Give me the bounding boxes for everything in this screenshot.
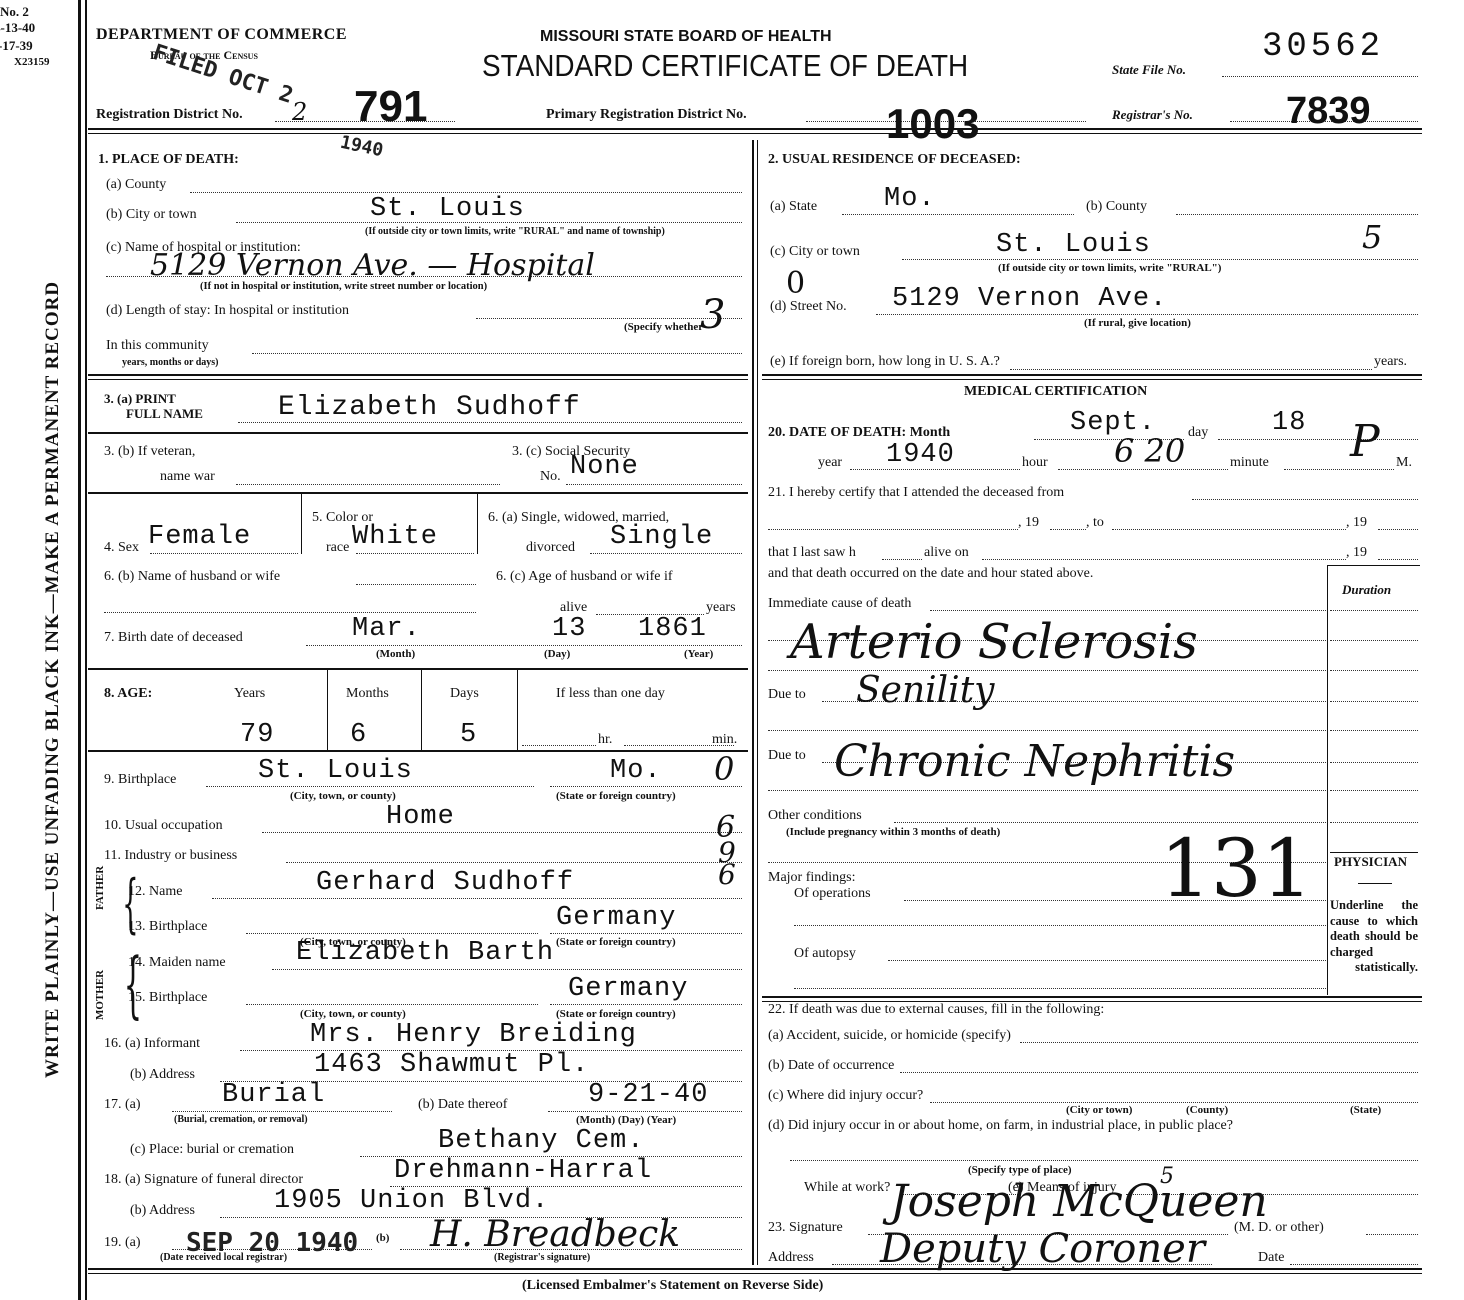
- external-c-label: (c) Where did injury occur?: [768, 1088, 923, 1104]
- birthplace-city-hint: (City, town, or county): [290, 790, 396, 802]
- medical-heading: MEDICAL CERTIFICATION: [964, 384, 1147, 400]
- place-of-death-heading: 1. PLACE OF DEATH:: [98, 152, 239, 168]
- death-date-label: 20. DATE OF DEATH: Month: [768, 425, 950, 441]
- address-label: Address: [768, 1250, 814, 1266]
- pod-stay-field[interactable]: [476, 318, 742, 319]
- pod-community-hint: years, months or days): [122, 357, 218, 368]
- burial-label: 17. (a): [104, 1097, 141, 1113]
- industry-label: 11. Industry or business: [104, 848, 237, 864]
- last-saw-field[interactable]: [982, 559, 1346, 560]
- color-field[interactable]: [356, 553, 474, 554]
- father-name-value: Gerhard Sudhoff: [316, 868, 574, 898]
- res-foreign-suffix: years.: [1374, 354, 1407, 370]
- res-street-field[interactable]: [876, 314, 1418, 315]
- mother-name-field[interactable]: [272, 969, 742, 970]
- external-d-field[interactable]: [790, 1160, 1418, 1161]
- father-name-label: 12. Name: [128, 884, 182, 900]
- death-ampm-value: P: [1350, 416, 1380, 467]
- pod-city-hint: (If outside city or town limits, write "…: [365, 226, 665, 237]
- birth-month-value: Mar.: [352, 614, 421, 644]
- filed-label: 19. (a): [104, 1235, 141, 1251]
- color-label-2: race: [326, 540, 349, 556]
- autopsy-field[interactable]: [888, 960, 1326, 961]
- mother-name-label: 14. Maiden name: [128, 955, 226, 971]
- header-rule: [88, 128, 1422, 134]
- pod-margin-code: 3: [700, 292, 725, 338]
- registrar-number: 7839: [1286, 90, 1371, 133]
- burial-place-value: Bethany Cem.: [438, 1126, 644, 1156]
- signature-label: 23. Signature: [768, 1220, 843, 1236]
- res-street-value: 5129 Vernon Ave.: [892, 284, 1167, 314]
- marital-field[interactable]: [590, 553, 742, 554]
- margin-rule-inner: [85, 0, 87, 1300]
- death-day-value: 18: [1272, 408, 1306, 438]
- external-d-label: (d) Did injury occur in or about home, o…: [768, 1118, 1233, 1134]
- birth-year-value: 1861: [638, 614, 707, 644]
- pod-hospital-value: 5129 Vernon Ave. — Hospital: [150, 248, 595, 283]
- death-day-field[interactable]: [1218, 439, 1418, 440]
- occupation-label: 10. Usual occupation: [104, 818, 223, 834]
- burial-place-label: (c) Place: burial or cremation: [130, 1142, 294, 1158]
- while-at-work-label: While at work?: [804, 1180, 890, 1196]
- residence-heading: 2. USUAL RESIDENCE OF DECEASED:: [768, 152, 1021, 168]
- due-to-1-label: Due to: [768, 687, 806, 703]
- res-county-field[interactable]: [1176, 214, 1418, 215]
- operations-label: Of operations: [794, 886, 871, 902]
- death-day-label: day: [1188, 425, 1208, 441]
- certify-19b: , 19: [1346, 515, 1367, 531]
- certify-line-1: 21. I hereby certify that I attended the…: [768, 485, 1064, 501]
- footer-note: (Licensed Embalmer's Statement on Revers…: [522, 1278, 823, 1294]
- birthplace-state-value: Mo.: [610, 756, 662, 786]
- death-year-value: 1940: [886, 440, 955, 470]
- place-type-hint: (Specify type of place): [968, 1164, 1072, 1176]
- duration-label: Duration: [1342, 582, 1391, 598]
- mother-city-hint: (City, town, or county): [300, 1008, 406, 1020]
- reg-district-number: 791: [354, 82, 427, 132]
- marital-value: Single: [610, 522, 713, 552]
- father-name-field[interactable]: [212, 898, 742, 899]
- pod-hospital-hint: (If not in hospital or institution, writ…: [200, 281, 487, 292]
- margin-code: X23159: [14, 56, 49, 68]
- ssn-field[interactable]: [566, 484, 742, 485]
- cause-code: 131: [1160, 822, 1313, 915]
- funeral-address-value: 1905 Union Blvd.: [274, 1186, 549, 1216]
- res-foreign-field[interactable]: [1010, 369, 1372, 370]
- color-value: White: [352, 522, 438, 552]
- filed-date-hint: (Date received local registrar): [160, 1252, 287, 1263]
- external-heading: 22. If death was due to external causes,…: [768, 1002, 1104, 1018]
- death-minute-label: minute: [1230, 455, 1269, 471]
- ssn-value: None: [570, 452, 639, 482]
- age-min-label: min.: [712, 732, 737, 748]
- res-city-field[interactable]: [902, 259, 1418, 260]
- pod-city-value: St. Louis: [370, 194, 525, 224]
- age-label: 8. AGE:: [104, 686, 152, 702]
- name-label-1: 3. (a) PRINT: [104, 392, 176, 405]
- death-hour-value: 6 20: [1114, 432, 1185, 470]
- veteran-label-2: name war: [160, 469, 215, 485]
- state-file-label: State File No.: [1112, 62, 1186, 78]
- due-to-1-value: Senility: [856, 670, 995, 711]
- date-signed-field[interactable]: [1290, 1264, 1418, 1265]
- birthplace-state-hint: (State or foreign country): [556, 790, 676, 802]
- burial-date-value: 9-21-40: [588, 1080, 708, 1110]
- burial-type-field[interactable]: [172, 1111, 392, 1112]
- date-signed-label: Date: [1258, 1250, 1284, 1266]
- res-state-label: (a) State: [770, 199, 817, 215]
- death-ampm-field[interactable]: [1284, 469, 1394, 470]
- immediate-cause-field[interactable]: [930, 610, 1326, 611]
- physician-note: Underline the cause to which death shoul…: [1330, 898, 1418, 976]
- burial-date-label: (b) Date thereof: [418, 1097, 507, 1113]
- spouse-field[interactable]: [356, 584, 476, 585]
- column-divider: [752, 140, 754, 1265]
- due-to-2-label: Due to: [768, 748, 806, 764]
- external-c-field[interactable]: [930, 1102, 1418, 1103]
- external-c-hint-state: (State): [1350, 1104, 1381, 1116]
- external-c-hint-county: (County): [1186, 1104, 1228, 1116]
- funeral-address-label: (b) Address: [130, 1203, 195, 1219]
- name-label-2: FULL NAME: [126, 407, 203, 420]
- pod-county-field[interactable]: [190, 192, 742, 193]
- mother-birthplace-value: Germany: [568, 974, 688, 1004]
- form-number: No. 2: [0, 4, 29, 20]
- age-years-value: 79: [240, 720, 274, 750]
- alive-on-label: alive on: [924, 545, 969, 561]
- attended-to-field[interactable]: [1112, 529, 1346, 530]
- external-a-label: (a) Accident, suicide, or homicide (spec…: [768, 1028, 1011, 1044]
- age-hr-label: hr.: [598, 732, 612, 748]
- ssn-label-2: No.: [540, 469, 561, 485]
- birth-day-hint: (Day): [544, 648, 570, 660]
- pod-stay-hint: (Specify whether: [624, 321, 703, 333]
- occupation-value: Home: [386, 802, 455, 832]
- address-value: Deputy Coroner: [880, 1226, 1205, 1272]
- res-code-0: 0: [786, 266, 805, 301]
- reg-district-prefix: 2: [292, 98, 307, 126]
- autopsy-label: Of autopsy: [794, 946, 856, 962]
- father-code: 6: [718, 858, 736, 891]
- external-b-label: (b) Date of occurrence: [768, 1058, 894, 1074]
- certify-19a: , 19: [1018, 515, 1039, 531]
- immediate-cause-label: Immediate cause of death: [768, 596, 911, 612]
- certificate-title: STANDARD CERTIFICATE OF DEATH: [482, 48, 968, 84]
- external-b-field[interactable]: [900, 1072, 1418, 1073]
- attended-from-field[interactable]: [1192, 499, 1418, 500]
- birth-date-field[interactable]: [306, 645, 742, 646]
- res-street-hint: (If rural, give location): [1084, 317, 1191, 329]
- burial-date-hint: (Month) (Day) (Year): [576, 1114, 676, 1126]
- physician-heading: PHYSICIAN: [1334, 854, 1407, 870]
- mother-state-hint: (State or foreign country): [556, 1008, 676, 1020]
- margin-date-1: 4-13-40: [0, 20, 35, 36]
- res-state-field[interactable]: [842, 214, 1074, 215]
- mother-birthplace-label: 15. Birthplace: [128, 990, 207, 1006]
- age-years-label: Years: [234, 686, 265, 702]
- informant-address-label: (b) Address: [130, 1067, 195, 1083]
- birth-month-hint: (Month): [376, 648, 415, 660]
- death-m-label: M.: [1396, 455, 1412, 471]
- birthplace-city-field[interactable]: [206, 786, 534, 787]
- major-findings-label: Major findings:: [768, 870, 856, 886]
- age-hours-field[interactable]: [522, 745, 596, 746]
- external-a-field[interactable]: [1020, 1042, 1418, 1043]
- birth-date-label: 7. Birth date of deceased: [104, 630, 243, 646]
- mother-tag: MOTHER: [94, 970, 106, 1020]
- primary-district-label: Primary Registration District No.: [546, 107, 747, 123]
- birthplace-city-value: St. Louis: [258, 756, 413, 786]
- margin-rule-outer: [78, 0, 81, 1300]
- res-state-value: Mo.: [884, 184, 936, 214]
- spouse-label: 6. (b) Name of husband or wife: [104, 569, 280, 585]
- birth-year-hint: (Year): [684, 648, 713, 660]
- birth-day-value: 13: [552, 614, 586, 644]
- spouse-age-label: 6. (c) Age of husband or wife if: [496, 569, 673, 585]
- immediate-cause-value: Arterio Sclerosis: [790, 614, 1198, 670]
- margin-date-2: -17-39: [0, 38, 33, 54]
- pod-community-label: In this community: [106, 338, 209, 354]
- birthplace-code: 0: [714, 750, 734, 788]
- sex-label: 4. Sex: [104, 540, 139, 556]
- mother-name-value: Elizabeth Barth: [296, 938, 554, 968]
- burial-type-hint: (Burial, cremation, or removal): [174, 1114, 308, 1125]
- registrar-signature: H. Breadbeck: [430, 1214, 680, 1255]
- veteran-field[interactable]: [236, 484, 500, 485]
- certify-to: , to: [1086, 515, 1104, 531]
- filed-stamp-year: 1940: [338, 132, 385, 162]
- age-days-label: Days: [450, 686, 479, 702]
- res-city-value: St. Louis: [996, 230, 1151, 260]
- registrar-sig-label: (b): [376, 1232, 389, 1244]
- sex-field[interactable]: [150, 553, 298, 554]
- occurred-statement: and that death occurred on the date and …: [768, 566, 1093, 582]
- informant-address-value: 1463 Shawmut Pl.: [314, 1050, 589, 1080]
- due-to-2-value: Chronic Nephritis: [834, 736, 1235, 787]
- other-conditions-hint: (Include pregnancy within 3 months of de…: [786, 826, 1000, 838]
- registrar-sig-hint: (Registrar's signature): [494, 1252, 590, 1263]
- pod-city-label: (b) City or town: [106, 207, 197, 223]
- res-street-label: (d) Street No.: [770, 299, 847, 315]
- industry-field[interactable]: [286, 862, 742, 863]
- vertical-instruction: WRITE PLAINLY—USE UNFADING BLACK INK—MAK…: [42, 281, 64, 1078]
- age-days-value: 5: [460, 720, 477, 750]
- res-city-hint: (If outside city or town limits, write "…: [998, 262, 1221, 274]
- board-name: MISSOURI STATE BOARD OF HEALTH: [540, 28, 832, 46]
- mother-birthplace-field[interactable]: [550, 1004, 742, 1005]
- father-tag: FATHER: [94, 866, 106, 910]
- registrar-label: Registrar's No.: [1112, 107, 1193, 123]
- sex-value: Female: [148, 522, 251, 552]
- pod-county-label: (a) County: [106, 177, 166, 193]
- burial-date-field[interactable]: [548, 1111, 742, 1112]
- occupation-field[interactable]: [262, 832, 742, 833]
- father-birthplace-label: 13. Birthplace: [128, 919, 207, 935]
- father-state-hint: (State or foreign country): [556, 936, 676, 948]
- age-months-label: Months: [346, 686, 389, 702]
- informant-value: Mrs. Henry Breiding: [310, 1020, 637, 1050]
- age-less-label: If less than one day: [556, 686, 665, 702]
- father-birthplace-field[interactable]: [550, 933, 742, 934]
- other-conditions-label: Other conditions: [768, 808, 862, 824]
- last-saw-label: that I last saw h: [768, 545, 856, 561]
- primary-district-number: 1003: [886, 100, 979, 148]
- last-19: , 19: [1346, 545, 1367, 561]
- birthplace-label: 9. Birthplace: [104, 772, 176, 788]
- funeral-director-value: Drehmann-Harral: [394, 1156, 652, 1186]
- reg-district-label: Registration District No.: [96, 107, 243, 123]
- burial-type-value: Burial: [222, 1080, 325, 1110]
- dept-name: DEPARTMENT OF COMMERCE: [96, 26, 347, 44]
- age-months-value: 6: [350, 720, 367, 750]
- res-city-label: (c) City or town: [770, 244, 860, 260]
- pod-community-field[interactable]: [252, 353, 742, 354]
- state-file-number: 30562: [1262, 28, 1384, 66]
- external-c-hint-city: (City or town): [1066, 1104, 1132, 1116]
- full-name-value: Elizabeth Sudhoff: [278, 392, 581, 423]
- physician-signature: Joseph McQueen: [890, 1176, 1268, 1227]
- marital-label-2: divorced: [526, 540, 575, 556]
- res-foreign-label: (e) If foreign born, how long in U. S. A…: [770, 354, 1000, 370]
- death-hour-label: hour: [1022, 455, 1048, 471]
- death-year-label: year: [818, 455, 842, 471]
- res-county-label: (b) County: [1086, 199, 1147, 215]
- informant-label: 16. (a) Informant: [104, 1036, 200, 1052]
- footer-rule: [88, 1268, 1422, 1274]
- spouse-age-years: years: [706, 600, 736, 616]
- father-birthplace-value: Germany: [556, 903, 676, 933]
- pod-stay-label: (d) Length of stay: In hospital or insti…: [106, 303, 349, 319]
- veteran-label-1: 3. (b) If veteran,: [104, 444, 195, 460]
- res-code-5: 5: [1362, 218, 1382, 256]
